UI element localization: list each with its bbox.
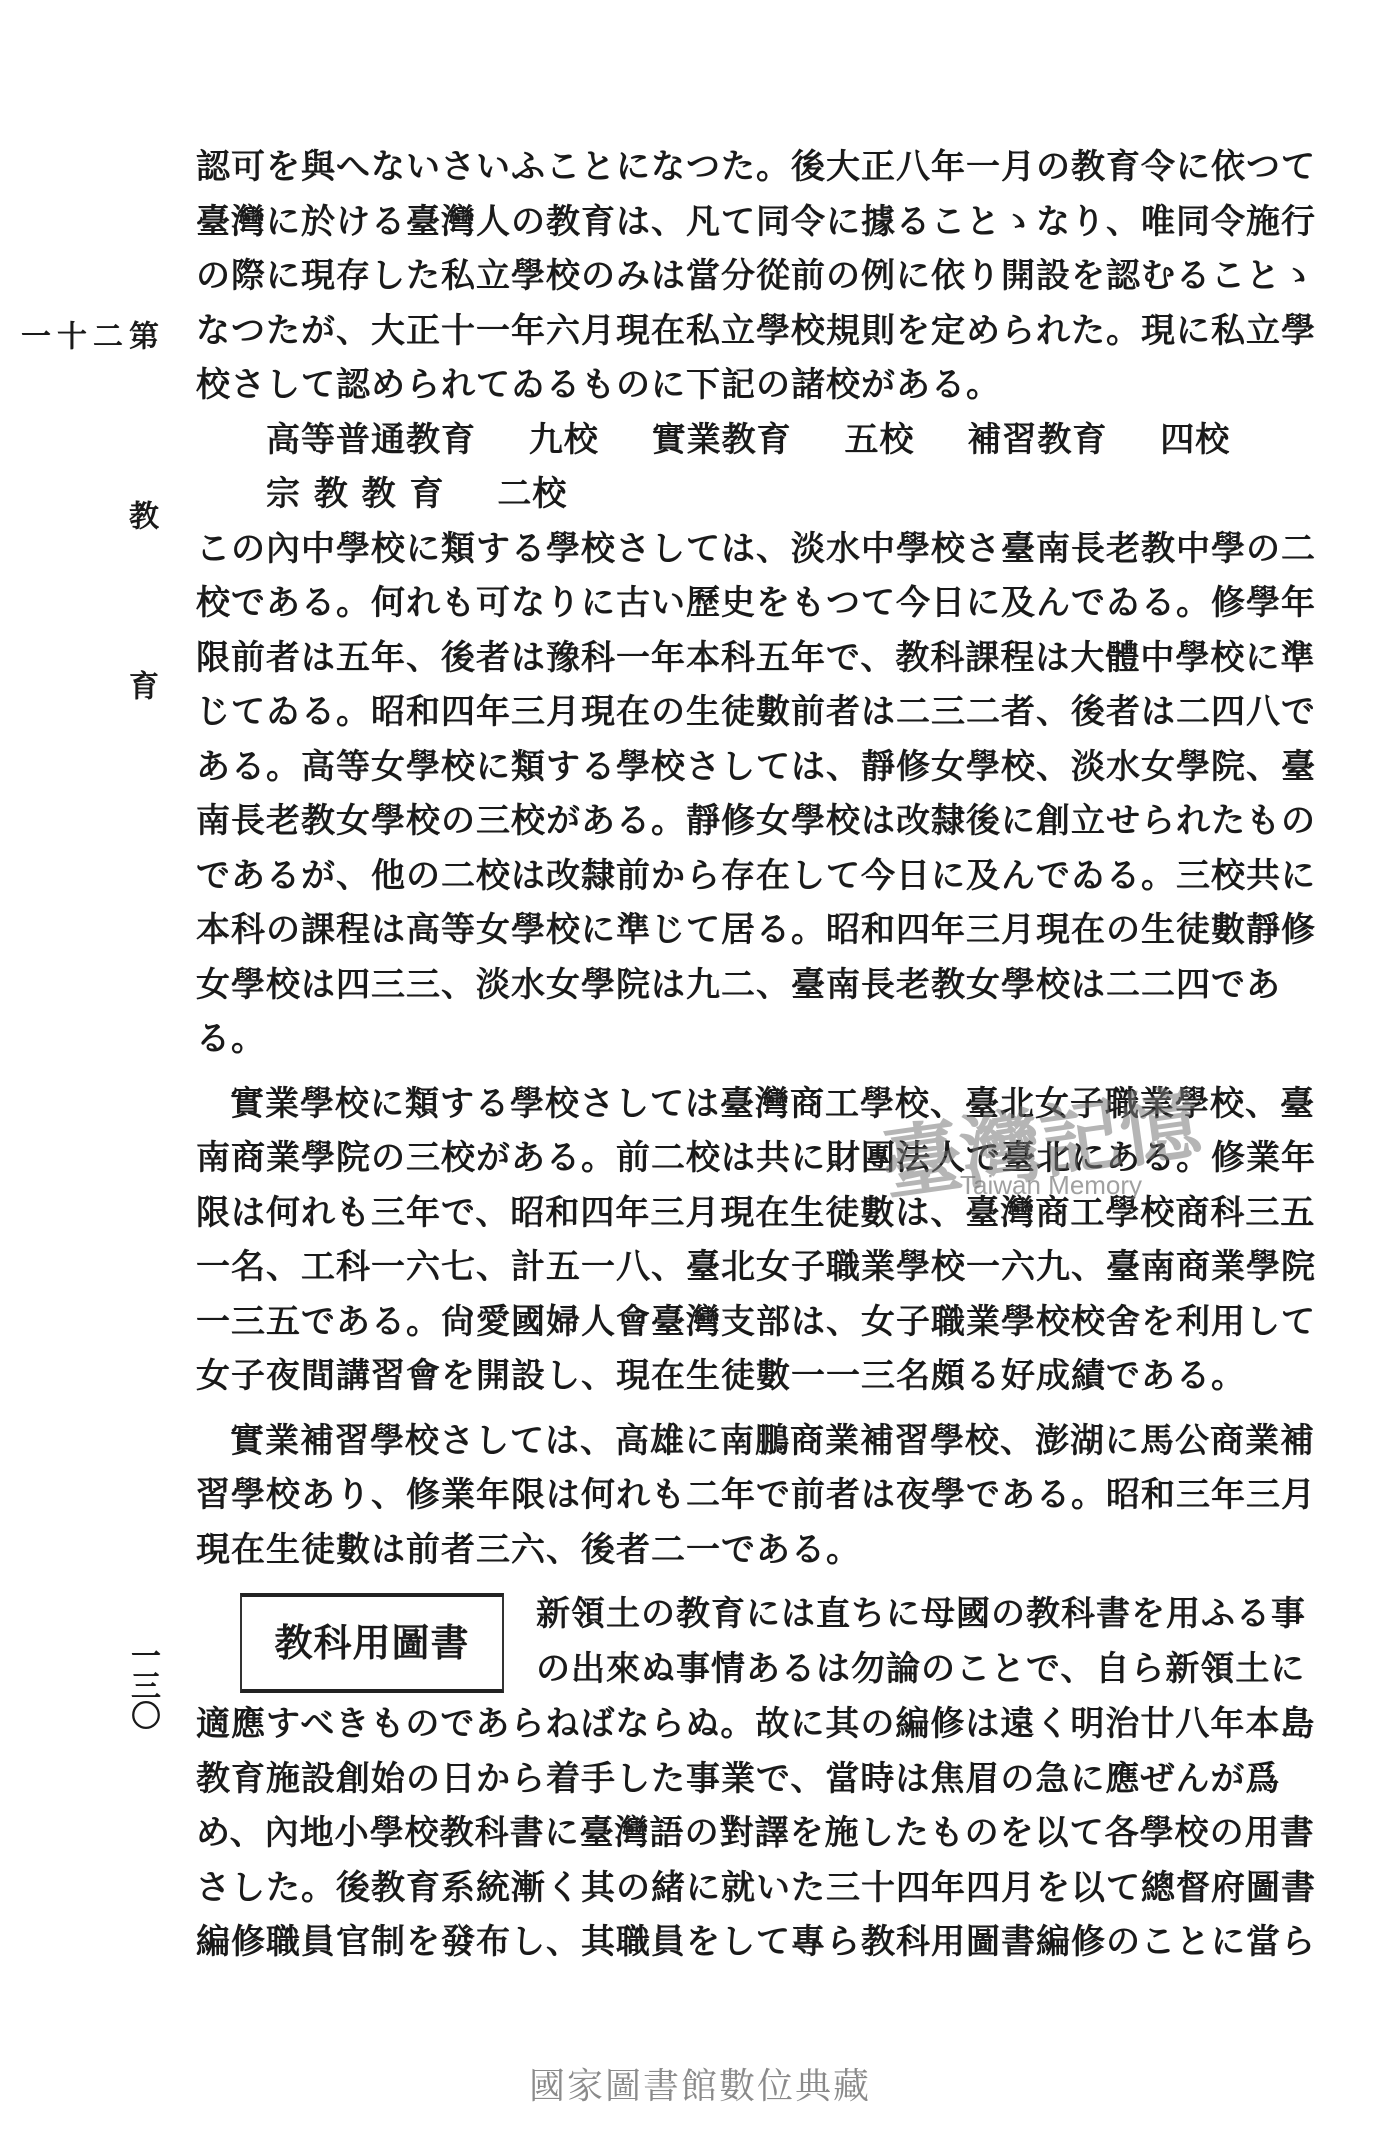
category-count: 四校 — [1160, 413, 1230, 468]
category-label: 高等普通教育 — [266, 413, 476, 468]
category-label: 宗 教 教 育 — [266, 467, 445, 522]
footer-attribution: 國家圖書館數位典藏 — [0, 2058, 1400, 2109]
chapter-number: 第二十一 — [14, 320, 158, 350]
text-line: さした。後教育系統漸く其の緒に就いた三十四年四月を以て總督府圖書 — [196, 1861, 1276, 1916]
paragraph-5: 適應すべきものであらねばならぬ。故に其の編修は遠く明治廿八年本島 教育施設創始の… — [196, 1697, 1276, 1970]
text-line: の際に現存した私立學校のみは當分從前の例に依り開設を認むることゝ — [196, 249, 1276, 304]
chapter-title-char-2: 育 — [122, 670, 158, 700]
category-count: 二校 — [497, 467, 567, 522]
category-count: 九校 — [529, 413, 599, 468]
textbook-section: 教科用圖書 新領土の教育には直ちに母國の教科書を用ふる事 の出來ぬ事情あるは勿論… — [196, 1587, 1276, 1697]
text-line: め、內地小學校教科書に臺灣語の對譯を施したものを以て各學校の用書 — [196, 1806, 1276, 1861]
category-count: 五校 — [845, 413, 915, 468]
text-line: の出來ぬ事情あるは勿論のことで、自ら新領土に — [536, 1642, 1306, 1697]
text-line: ある。高等女學校に類する學校さしては、靜修女學校、淡水女學院、臺 — [196, 740, 1276, 795]
paragraph-1: 認可を與へないさいふことになつた。後大正八年一月の教育令に依つて 臺灣に於ける臺… — [196, 140, 1276, 413]
page-number: 一三〇 — [120, 1640, 164, 1730]
text-line: 習學校あり、修業年限は何れも二年で前者は夜學である。昭和三年三月 — [196, 1468, 1276, 1523]
school-list: 高等普通教育 九校 實業教育 五校 補習教育 四校 宗 教 教 育 二校 — [196, 413, 1276, 522]
text-line: 實業學校に類する學校さしては臺灣商工學校、臺北女子職業學校、臺 — [196, 1077, 1276, 1132]
school-list-row: 宗 教 教 育 二校 — [196, 467, 1276, 522]
text-line: 女子夜間講習會を開設し、現在生徒數一一三名頗る好成績である。 — [196, 1349, 1276, 1404]
text-line: る。 — [196, 1012, 1276, 1067]
section-box-title: 教科用圖書 — [240, 1593, 504, 1693]
text-line: 本科の課程は高等女學校に準じて居る。昭和四年三月現在の生徒數靜修 — [196, 903, 1276, 958]
chapter-title-char-1: 教 — [122, 500, 158, 530]
section-intro: 新領土の教育には直ちに母國の教科書を用ふる事 の出來ぬ事情あるは勿論のことで、自… — [536, 1587, 1306, 1696]
category-label: 實業教育 — [652, 413, 792, 468]
text-line: 新領土の教育には直ちに母國の教科書を用ふる事 — [536, 1587, 1306, 1642]
paragraph-2: この內中學校に類する學校さしては、淡水中學校さ臺南長老教中學の二 校である。何れ… — [196, 522, 1276, 1067]
paragraph-3: 實業學校に類する學校さしては臺灣商工學校、臺北女子職業學校、臺 南商業學院の三校… — [196, 1077, 1276, 1404]
text-line: 一三五である。尙愛國婦人會臺灣支部は、女子職業學校校舍を利用して — [196, 1295, 1276, 1350]
text-line: であるが、他の二校は改隸前から存在して今日に及んでゐる。三校共に — [196, 849, 1276, 904]
text-line: なつたが、大正十一年六月現在私立學校規則を定められた。現に私立學 — [196, 304, 1276, 359]
text-line: 教育施設創始の日から着手した事業で、當時は焦眉の急に應ぜんが爲 — [196, 1752, 1276, 1807]
paragraph-4: 實業補習學校さしては、高雄に南鵬商業補習學校、澎湖に馬公商業補 習學校あり、修業… — [196, 1414, 1276, 1578]
text-line: 限前者は五年、後者は豫科一年本科五年で、教科課程は大體中學校に準 — [196, 631, 1276, 686]
text-line: 女學校は四三三、淡水女學院は九二、臺南長老教女學校は二二四であ — [196, 958, 1276, 1013]
text-line: 現在生徒數は前者三六、後者二一である。 — [196, 1523, 1276, 1578]
text-line: 校である。何れも可なりに古い歷史をもつて今日に及んでゐる。修學年 — [196, 576, 1276, 631]
text-line: この內中學校に類する學校さしては、淡水中學校さ臺南長老教中學の二 — [196, 522, 1276, 577]
text-line: 南長老教女學校の三校がある。靜修女學校は改隸後に創立せられたもの — [196, 794, 1276, 849]
text-line: 實業補習學校さしては、高雄に南鵬商業補習學校、澎湖に馬公商業補 — [196, 1414, 1276, 1469]
text-line: 一名、工科一六七、計五一八、臺北女子職業學校一六九、臺南商業學院 — [196, 1240, 1276, 1295]
text-line: 臺灣に於ける臺灣人の教育は、凡て同令に據ることゝなり、唯同令施行 — [196, 195, 1276, 250]
text-line: じてゐる。昭和四年三月現在の生徒數前者は二三二者、後者は二四八で — [196, 685, 1276, 740]
watermark-english: Taiwan Memory — [960, 1170, 1142, 1201]
text-line: 編修職員官制を發布し、其職員をして專ら教科用圖書編修のことに當ら — [196, 1915, 1276, 1970]
school-list-row: 高等普通教育 九校 實業教育 五校 補習教育 四校 — [196, 413, 1276, 468]
text-line: 認可を與へないさいふことになつた。後大正八年一月の教育令に依つて — [196, 140, 1276, 195]
text-line: 校さして認められてゐるものに下記の諸校がある。 — [196, 358, 1276, 413]
text-line: 適應すべきものであらねばならぬ。故に其の編修は遠く明治廿八年本島 — [196, 1697, 1276, 1752]
category-label: 補習教育 — [967, 413, 1107, 468]
document-body: 認可を與へないさいふことになつた。後大正八年一月の教育令に依つて 臺灣に於ける臺… — [196, 140, 1276, 1970]
